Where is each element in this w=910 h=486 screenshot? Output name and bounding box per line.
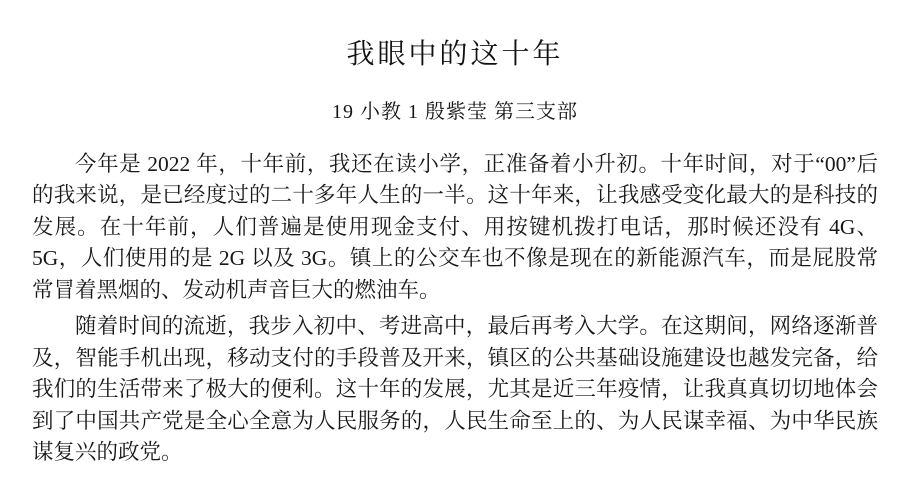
essay-paragraph-2: 随着时间的流逝，我步入初中、考进高中，最后再考入大学。在这期间，网络逐渐普及，智… (32, 311, 878, 469)
essay-byline: 19 小教 1 殷紫莹 第三支部 (0, 95, 910, 124)
document-page: 我眼中的这十年 19 小教 1 殷紫莹 第三支部 今年是 2022 年，十年前，… (0, 0, 910, 486)
essay-title: 我眼中的这十年 (0, 0, 910, 71)
essay-paragraph-1: 今年是 2022 年，十年前，我还在读小学，正准备着小升初。十年时间，对于“00… (32, 149, 878, 307)
essay-body: 今年是 2022 年，十年前，我还在读小学，正准备着小升初。十年时间，对于“00… (32, 149, 878, 469)
